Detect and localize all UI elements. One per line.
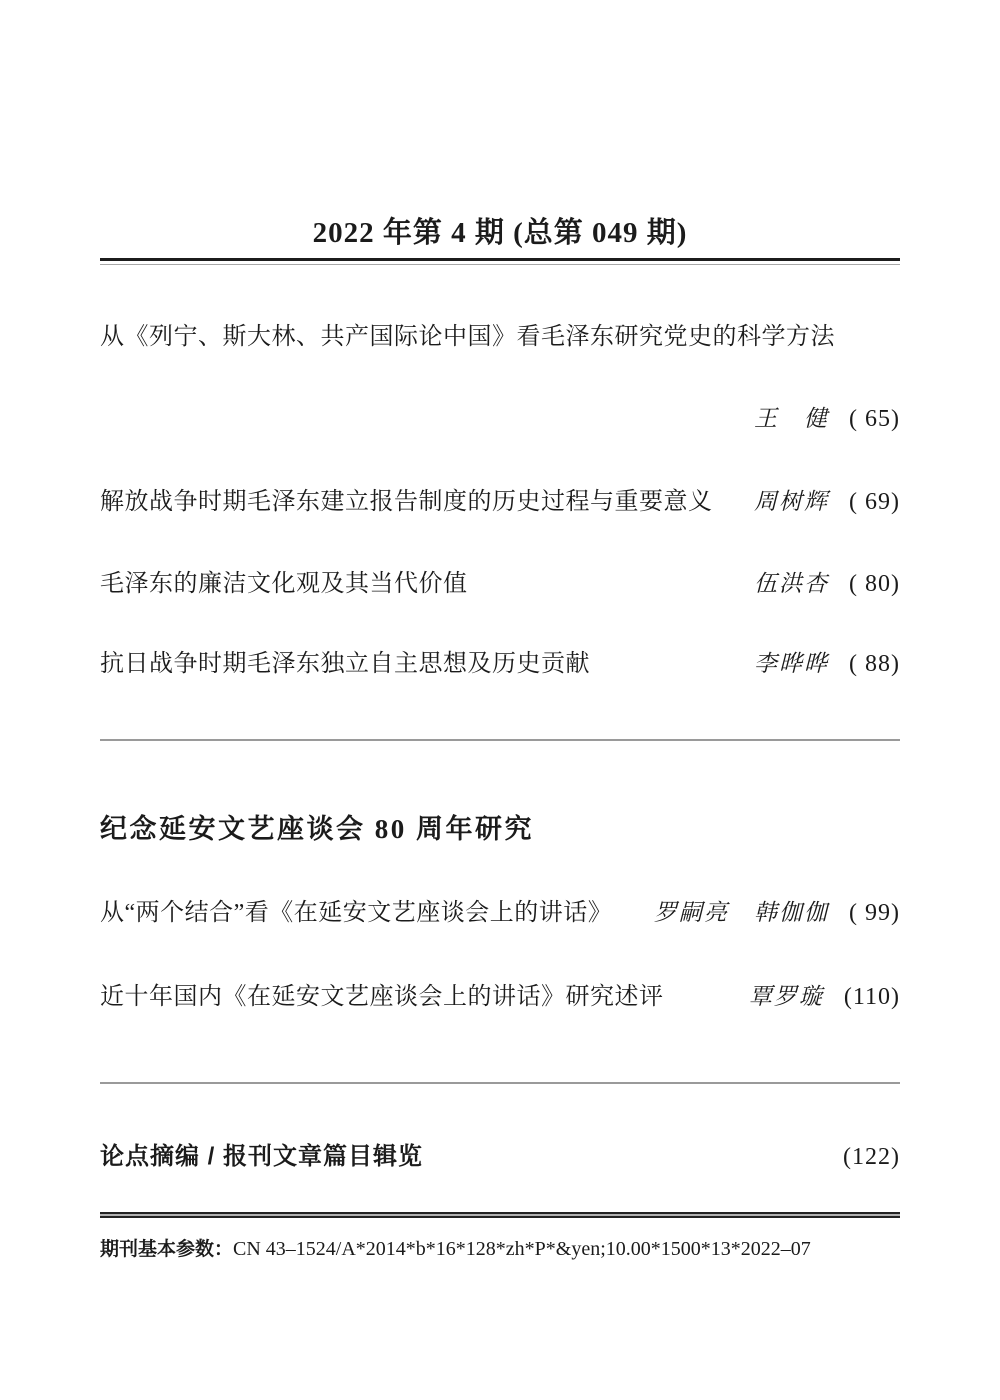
toc-entry-title: 从《列宁、斯大林、共产国际论中国》看毛泽东研究党史的科学方法 <box>100 322 900 352</box>
toc-entry: 论点摘编 / 报刊文章篇目辑览 (122) <box>100 1142 900 1172</box>
section-divider <box>100 1082 900 1084</box>
toc-entry-ref: 李晔晔 ( 88) <box>754 649 900 679</box>
toc-entry-title: 解放战争时期毛泽东建立报告制度的历史过程与重要意义 <box>100 487 713 517</box>
header-divider-thin-line <box>100 264 900 265</box>
entry-authors: 王 健 <box>754 406 829 431</box>
journal-toc-page: 2022 年第 4 期 (总第 049 期) 从《列宁、斯大林、共产国际论中国》… <box>0 0 1000 1400</box>
journal-params: 期刊基本参数：CN 43–1524/A*2014*b*16*128*zh*P*&… <box>100 1236 900 1263</box>
entry-page-number: (122) <box>843 1142 900 1172</box>
toc-entry-title: 近十年国内《在延安文艺座谈会上的讲话》研究述评 <box>100 982 664 1012</box>
toc-entry: 近十年国内《在延安文艺座谈会上的讲话》研究述评 覃罗璇 (110) <box>100 982 900 1012</box>
toc-entry-title: 抗日战争时期毛泽东独立自主思想及历史贡献 <box>100 649 590 679</box>
footer-divider-bottom-line <box>100 1216 900 1218</box>
issue-title: 2022 年第 4 期 (总第 049 期) <box>100 217 900 249</box>
entry-authors: 李晔晔 <box>754 651 829 676</box>
toc-entry: 从“两个结合”看《在延安文艺座谈会上的讲话》 罗嗣亮 韩伽伽 ( 99) <box>100 898 900 928</box>
toc-content: 2022 年第 4 期 (总第 049 期) 从《列宁、斯大林、共产国际论中国》… <box>100 0 900 1263</box>
header-divider <box>100 258 900 265</box>
footer-divider <box>100 1212 900 1218</box>
entry-page-number: ( 65) <box>849 406 900 432</box>
toc-entry-ref: 伍洪杏 ( 80) <box>754 569 900 599</box>
toc-entry: 解放战争时期毛泽东建立报告制度的历史过程与重要意义 周树辉 ( 69) <box>100 487 900 517</box>
journal-params-label: 期刊基本参数： <box>100 1239 233 1260</box>
entry-page-number: ( 69) <box>849 489 900 515</box>
entry-authors: 周树辉 <box>754 489 829 514</box>
toc-entry: 毛泽东的廉洁文化观及其当代价值 伍洪杏 ( 80) <box>100 569 900 599</box>
toc-entry-title: 从“两个结合”看《在延安文艺座谈会上的讲话》 <box>100 898 612 928</box>
entry-authors: 罗嗣亮 韩伽伽 <box>654 900 829 925</box>
toc-entry-ref: 王 健 ( 65) <box>100 404 900 434</box>
entry-page-number: (110) <box>844 984 900 1010</box>
header-divider-thick-line <box>100 258 900 261</box>
toc-entry-ref: 覃罗璇 (110) <box>749 982 900 1012</box>
toc-entry-title: 论点摘编 / 报刊文章篇目辑览 <box>100 1142 423 1172</box>
toc-entry-ref: 罗嗣亮 韩伽伽 ( 99) <box>654 898 900 928</box>
entry-authors: 伍洪杏 <box>754 571 829 596</box>
toc-entry: 抗日战争时期毛泽东独立自主思想及历史贡献 李晔晔 ( 88) <box>100 649 900 679</box>
section-divider <box>100 739 900 741</box>
journal-params-value: CN 43–1524/A*2014*b*16*128*zh*P*&yen;10.… <box>233 1238 811 1260</box>
toc-entry-ref: 周树辉 ( 69) <box>754 487 900 517</box>
toc-entry-title: 毛泽东的廉洁文化观及其当代价值 <box>100 569 468 599</box>
entry-page-number: ( 88) <box>849 651 900 677</box>
entry-authors: 覃罗璇 <box>749 984 824 1009</box>
entry-page-number: ( 99) <box>849 900 900 926</box>
entry-page-number: ( 80) <box>849 571 900 597</box>
section-heading: 纪念延安文艺座谈会 80 周年研究 <box>100 812 900 846</box>
